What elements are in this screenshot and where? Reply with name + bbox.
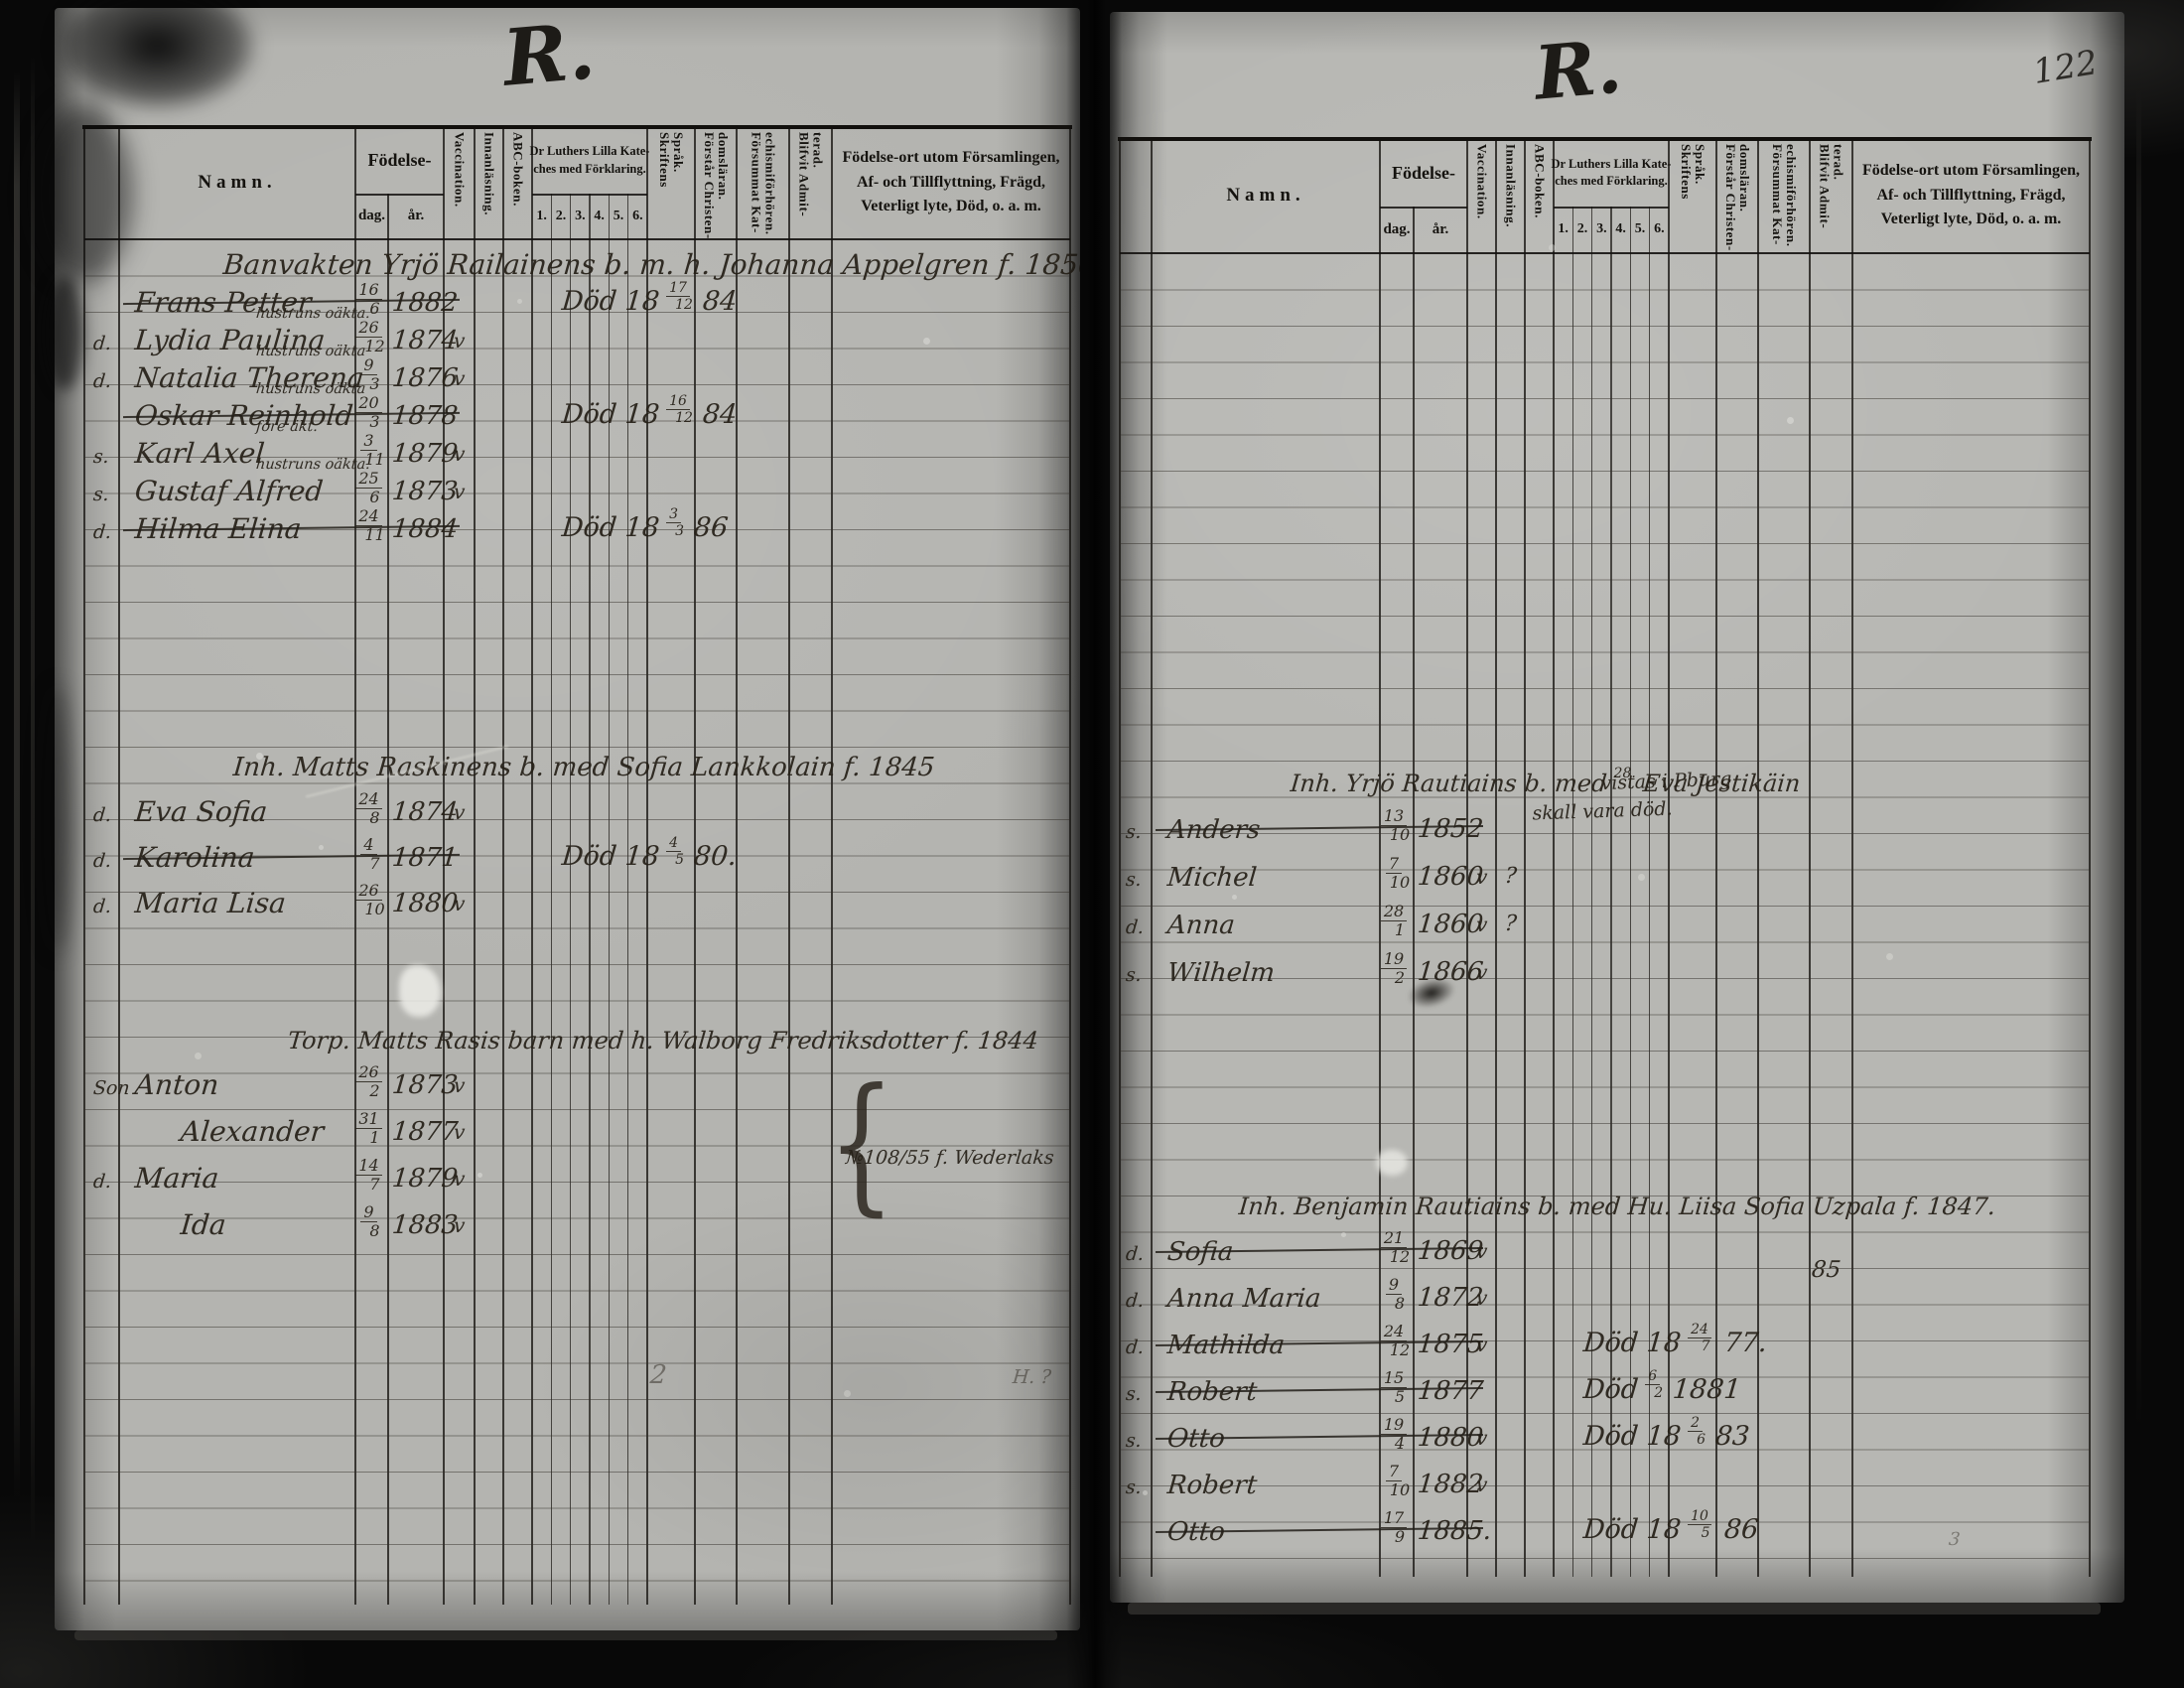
death-remark-frac-num: 24 xyxy=(1688,1323,1711,1338)
entry-prefix: d. xyxy=(93,850,111,872)
entry-name-text: Gustaf Alfred xyxy=(134,475,325,507)
entry-prefix: d. xyxy=(1126,916,1144,938)
entry-prefix-text: d. xyxy=(1125,1290,1145,1312)
death-remark-frac-den: 7 xyxy=(1702,1338,1710,1353)
blifvit-column-header-line: Blifvit Admit- xyxy=(1817,144,1831,228)
entry-row: Alexander3111877v xyxy=(55,1101,1080,1148)
death-remark-fraction: 33 xyxy=(669,507,684,538)
death-remark-fraction: 45 xyxy=(669,836,684,867)
family-header-text: Inh. Benjamin Rautiains b. med Hu. Liisa… xyxy=(1238,1193,1997,1220)
kateches-number: 2. xyxy=(1577,221,1588,237)
birth-day-month-fraction: 256 xyxy=(358,471,384,505)
entry-name: Robert xyxy=(1167,1471,1257,1500)
vaccination-mark-text: v xyxy=(453,800,466,824)
kateches-number-header: 5. xyxy=(609,194,627,238)
fodelseort-label-line: Af- och Tillflyttning, Frägd, xyxy=(857,171,1045,196)
entry-name-text: Anna xyxy=(1166,911,1236,940)
entry-name-text: Maria xyxy=(134,1162,220,1195)
birth-day-month-fraction: 98 xyxy=(363,1204,379,1239)
kateches-number: 5. xyxy=(614,209,624,224)
vaccination-mark: v xyxy=(444,480,475,503)
entry-name-text: Michel xyxy=(1166,863,1259,893)
entry-prefix-text: d. xyxy=(92,896,112,917)
page-edge-sliver xyxy=(31,55,35,1544)
death-remark-pre: Död 18 xyxy=(1582,1514,1683,1545)
namn-column-header: Namn. xyxy=(119,127,355,238)
death-remark-frac-num: 2 xyxy=(1688,1416,1703,1432)
entry-row: s.Robert7101882v xyxy=(1110,1454,2124,1500)
death-remark-fraction: 1612 xyxy=(669,394,693,425)
stray-mark-text: H. ? xyxy=(1012,1366,1052,1388)
birth-day: 9 xyxy=(1386,1277,1402,1295)
entry-row: s.Michel7101860v? xyxy=(1110,845,2124,893)
death-remark-frac-den: 2 xyxy=(1654,1385,1663,1400)
entry-prefix: d. xyxy=(93,370,111,392)
vaccination-mark-text: v xyxy=(1475,913,1488,936)
birth-year: 1871 xyxy=(392,843,458,873)
birth-day: 24 xyxy=(355,508,381,526)
birth-year: 1852 xyxy=(1418,814,1483,844)
kateches-label-line1: Dr Luthers Lilla Kate- xyxy=(530,143,650,161)
entry-row: d.Sofia21121869v85 xyxy=(1110,1220,2124,1267)
entry-prefix-text: d. xyxy=(1125,916,1145,938)
birth-year: 1878 xyxy=(392,401,458,431)
query-mark-text: ? xyxy=(1504,864,1518,889)
birth-month: 3 xyxy=(369,413,379,430)
entry-name-text: Anna Maria xyxy=(1166,1284,1322,1314)
vaccination-mark-text: v xyxy=(1475,1286,1488,1310)
birth-year-text: 1878 xyxy=(391,401,460,431)
birth-month: 11 xyxy=(364,526,384,543)
birth-day: 14 xyxy=(355,1158,381,1176)
kateches-number: 1. xyxy=(1558,221,1569,237)
death-remark-post: 1881 xyxy=(1672,1374,1742,1405)
entry-prefix: Son xyxy=(93,1077,130,1099)
entry-prefix: d. xyxy=(1126,1290,1144,1312)
entry-prefix: s. xyxy=(1126,1430,1142,1452)
death-remark-post: 84 xyxy=(702,399,739,430)
birth-month: 1 xyxy=(369,1129,379,1146)
kateches-number-header: 4. xyxy=(590,194,609,238)
entry-prefix-text: s. xyxy=(1125,821,1143,843)
death-remark-fraction: 62 xyxy=(1648,1369,1663,1400)
kateches-number-header: 2. xyxy=(1572,207,1591,252)
fodelseort-label-line: Veterligt lyte, Död, o. a. m. xyxy=(861,195,1041,219)
dag-label: dag. xyxy=(358,208,385,224)
vaccination-column-header: Vaccination. xyxy=(1467,144,1496,247)
birth-day: 13 xyxy=(1381,808,1407,826)
right-page: R. Namn.Födelse-dag.år.Vaccination.Innan… xyxy=(1110,12,2124,1603)
entry-prefix: d. xyxy=(93,521,111,543)
entry-prefix-text: s. xyxy=(92,484,110,505)
death-remark-frac-den: 5 xyxy=(1702,1525,1710,1540)
skriftens-column-header-line: Språk. xyxy=(671,132,685,173)
entry-row: SonAnton2621873v xyxy=(55,1055,1080,1101)
innanlasning-column-header-line: Innanläsning. xyxy=(1503,144,1517,227)
vaccination-mark: v xyxy=(444,1167,475,1191)
entry-prefix-text: d. xyxy=(92,1171,112,1193)
birth-date: 192 xyxy=(1380,951,1414,986)
birth-year-text: 1885. xyxy=(1417,1516,1493,1546)
section-letter-right: R. xyxy=(1531,24,1624,116)
entry-prefix-text: d. xyxy=(1125,1336,1145,1358)
birth-month: 2 xyxy=(1395,969,1405,986)
birth-day-month-fraction: 2610 xyxy=(358,883,384,917)
birth-day-month-fraction: 147 xyxy=(358,1158,384,1193)
birth-month: 8 xyxy=(1395,1295,1405,1312)
death-remark-frac-den: 3 xyxy=(675,523,684,538)
family-header-text: Torp. Matts Rasis barn med h. Walborg Fr… xyxy=(287,1027,1039,1055)
entry-prefix: s. xyxy=(1126,1477,1142,1498)
forstar-column-header-line: domsläran. xyxy=(1737,144,1751,211)
vaccination-column-header-line: Vaccination. xyxy=(452,132,466,208)
birth-month: 8 xyxy=(369,1222,379,1239)
birth-month: 7 xyxy=(369,1176,379,1193)
forsummat-column-header: Försummat Kat-echismiförhören. xyxy=(737,132,789,233)
entry-prefix-text: d. xyxy=(92,521,112,543)
birth-month: 10 xyxy=(1390,874,1410,891)
birth-month: 2 xyxy=(369,1082,379,1099)
entry-prefix-text: Son xyxy=(92,1077,131,1099)
vaccination-mark-text: v xyxy=(1475,1473,1488,1496)
death-remark-fraction: 247 xyxy=(1691,1323,1714,1353)
section-letter-left: R. xyxy=(499,8,599,104)
entry-prefix: d. xyxy=(1126,1336,1144,1358)
death-remark-post: 86 xyxy=(1723,1514,1760,1545)
vaccination-mark: v xyxy=(444,329,475,352)
ar-label: år. xyxy=(408,208,425,224)
entry-prefix: d. xyxy=(93,333,111,354)
vaccination-mark: v xyxy=(444,800,475,824)
birth-day: 17 xyxy=(1381,1510,1407,1528)
blifvit-column-header: Blifvit Admit-terad. xyxy=(789,132,832,233)
birth-day: 20 xyxy=(355,395,381,413)
kateches-number: 2. xyxy=(556,209,567,224)
forsummat-column-header: Försummat Kat-echismiförhören. xyxy=(1758,144,1810,247)
entry-row: Otto1791885.Död 1810586 xyxy=(1110,1500,2124,1547)
entry-prefix-text: s. xyxy=(1125,869,1143,891)
birth-day-month-fraction: 262 xyxy=(358,1064,384,1099)
entry-prefix-text: s. xyxy=(1125,964,1143,986)
forsummat-column-header-line: Försummat Kat- xyxy=(749,132,762,233)
page-edge-sliver xyxy=(14,71,20,1501)
entry-prefix-text: d. xyxy=(92,333,112,354)
death-remark-frac-den: 12 xyxy=(675,410,693,425)
entry-name-text: Alexander xyxy=(180,1115,326,1148)
entry-name: Karl Axel xyxy=(135,437,264,470)
margin-annotation-line: skall vara död. xyxy=(1532,793,1733,828)
entry-prefix-text: s. xyxy=(1125,1383,1143,1405)
blifvit-column-header: Blifvit Admit-terad. xyxy=(1810,144,1852,247)
dust-speckles xyxy=(0,0,3,3)
fodelseort-label-line: Födelse-ort utom Församlingen, xyxy=(842,146,1059,171)
entry-name: Wilhelm xyxy=(1167,958,1275,988)
entry-prefix: s. xyxy=(1126,869,1142,891)
entry-name: Ida xyxy=(181,1208,226,1241)
entry-row: d.Anna2811860v? xyxy=(1110,893,2124,940)
innanlasning-column-header: Innanläsning. xyxy=(475,132,503,233)
forstar-column-header-line: domsläran. xyxy=(716,132,730,200)
death-remark: Död 184580. xyxy=(562,836,737,872)
abc-boken-column-header: ABC-boken. xyxy=(1525,144,1554,247)
entry-name-text: Anton xyxy=(134,1068,220,1101)
kateches-number: 4. xyxy=(1615,221,1626,237)
vaccination-mark: v xyxy=(1467,913,1496,936)
death-remark: Död 1810586 xyxy=(1583,1509,1758,1545)
birth-year-text: 1852 xyxy=(1417,814,1485,844)
innanlasning-column-header: Innanläsning. xyxy=(1496,144,1525,247)
birth-day: 31 xyxy=(355,1111,381,1129)
entry-name: Anton xyxy=(135,1068,218,1101)
entry-name-text: Karl Axel xyxy=(134,437,266,470)
birth-day: 3 xyxy=(360,433,376,451)
vaccination-mark: v xyxy=(444,1073,475,1097)
birth-month: 6 xyxy=(369,300,379,317)
vaccination-column-header: Vaccination. xyxy=(444,132,475,233)
vaccination-mark-text: v xyxy=(1475,865,1488,889)
fodelse-label: Födelse- xyxy=(368,150,432,171)
vaccination-mark: v xyxy=(1467,1239,1496,1263)
birth-day-month-fraction: 93 xyxy=(363,357,379,392)
birth-date: 98 xyxy=(1380,1277,1414,1312)
vaccination-mark-text: v xyxy=(453,1213,466,1237)
vaccination-mark: v xyxy=(444,1120,475,1144)
entry-prefix-text: d. xyxy=(92,370,112,392)
death-remark-frac-den: 6 xyxy=(1697,1432,1706,1447)
margin-annotation: vistas i Pburgskall vara död. xyxy=(1531,766,1733,827)
family-header: Banvakten Yrjö Railainens b. m. h. Johan… xyxy=(223,243,1080,281)
kateches-number: 4. xyxy=(594,209,605,224)
birth-date: 710 xyxy=(1380,1464,1414,1498)
death-remark-fraction: 105 xyxy=(1691,1509,1714,1540)
forstar-column-header-line: Förstår Christen- xyxy=(1723,144,1737,251)
death-remark-pre: Död 18 xyxy=(561,399,661,430)
fodelseort-column-header: Födelse-ort utom Församlingen,Af- och Ti… xyxy=(832,127,1070,238)
death-remark: Död 1824777. xyxy=(1583,1323,1767,1358)
birth-year: 1882 xyxy=(392,288,458,318)
left-page: R. Namn.Födelse-dag.år.Vaccination.Innan… xyxy=(55,8,1080,1630)
forstar-column-header-line: Förstår Christen- xyxy=(702,132,716,239)
entry-name: Alexander xyxy=(181,1115,324,1148)
birth-day: 7 xyxy=(1386,1464,1402,1481)
birth-year: 1877 xyxy=(1418,1376,1483,1406)
birth-year-text: 1884 xyxy=(391,514,460,544)
family-header-text: Banvakten Yrjö Railainens b. m. h. Johan… xyxy=(222,248,1080,281)
birth-day: 21 xyxy=(1381,1230,1407,1248)
entry-row: Oskar Reinhold2031878Död 18161284före äk… xyxy=(55,394,1080,432)
birth-day: 9 xyxy=(360,357,376,375)
family-header: Inh. Matts Raskinens b. med Sofia Lankko… xyxy=(233,737,934,782)
kateches-number-header: 6. xyxy=(628,194,647,238)
death-remark-post: 77. xyxy=(1723,1328,1769,1358)
forsummat-column-header-line: echismiförhören. xyxy=(763,132,777,235)
entry-name: Eva Sofia xyxy=(135,795,267,828)
kateches-number: 6. xyxy=(632,209,643,224)
birth-month: 8 xyxy=(369,809,379,826)
namn-label: Namn. xyxy=(1226,185,1304,207)
birth-date: 262 xyxy=(355,1064,388,1099)
kateches-label-line2: ches med Förklaring. xyxy=(1555,173,1668,191)
kateches-number-header: 1. xyxy=(532,194,551,238)
death-remark: Död 182683 xyxy=(1583,1416,1749,1452)
entry-prefix-text: d. xyxy=(92,850,112,872)
birth-day-month-fraction: 98 xyxy=(1389,1277,1405,1312)
vaccination-mark-text: v xyxy=(453,1120,466,1144)
birth-day: 19 xyxy=(1381,1417,1407,1435)
family-header-text: Inh. Matts Raskinens b. med Sofia Lankko… xyxy=(232,753,936,782)
death-remark: Död 183386 xyxy=(562,507,728,543)
death-remark: Död 18171284 xyxy=(562,281,737,317)
kateches-label-line2: ches med Förklaring. xyxy=(533,161,646,179)
vaccination-mark: v xyxy=(1467,1333,1496,1356)
vaccination-mark-text: v xyxy=(453,329,466,352)
kateches-number-header: 5. xyxy=(1630,207,1649,252)
death-remark: Död 18161284 xyxy=(562,394,737,430)
death-remark-frac-den: 12 xyxy=(675,297,693,312)
stray-mark: 3 xyxy=(1949,1529,1960,1550)
entry-row: d.Mathilda24121875vDöd 1824777. xyxy=(1110,1314,2124,1360)
kateches-number-header: 2. xyxy=(551,194,570,238)
under-page-edge xyxy=(74,1630,1057,1640)
stray-mark: 2 xyxy=(650,1360,667,1390)
vaccination-mark-text: v xyxy=(453,480,466,503)
birth-day: 28 xyxy=(1381,904,1407,921)
entry-prefix: d. xyxy=(93,804,111,826)
birth-year: 1885. xyxy=(1418,1516,1491,1546)
vaccination-mark: v xyxy=(1467,1426,1496,1450)
death-remark-frac-num: 6 xyxy=(1645,1369,1660,1385)
entry-name-text: Maria Lisa xyxy=(134,887,288,919)
entry-prefix-text: s. xyxy=(1125,1430,1143,1452)
entry-row: s.Otto1941880vDöd 182683 xyxy=(1110,1407,2124,1454)
entry-prefix: s. xyxy=(1126,821,1142,843)
death-remark-pre: Död xyxy=(1582,1374,1640,1405)
birth-date: 281 xyxy=(1380,904,1414,938)
kateches-number: 5. xyxy=(1635,221,1646,237)
birth-month: 12 xyxy=(1390,1341,1410,1358)
entry-name: Gustaf Alfred xyxy=(135,475,323,507)
death-remark-post: 83 xyxy=(1714,1421,1751,1452)
kateches-label-line1: Dr Luthers Lilla Kate- xyxy=(1552,156,1672,174)
book-scan: R. Namn.Födelse-dag.år.Vaccination.Innan… xyxy=(0,0,2184,1688)
fodelseort-label-line: Födelse-ort utom Församlingen, xyxy=(1862,159,2080,184)
birth-day: 4 xyxy=(360,837,376,855)
entry-prefix: d. xyxy=(1126,1243,1144,1265)
birth-month: 5 xyxy=(1395,1388,1405,1405)
kateches-column-header: Dr Luthers Lilla Kate-ches med Förklarin… xyxy=(532,127,647,194)
death-remark-frac-num: 10 xyxy=(1688,1509,1711,1525)
entry-prefix: d. xyxy=(93,1171,111,1193)
fodelse-column-header: Födelse- xyxy=(1380,139,1467,207)
death-remark-pre: Död 18 xyxy=(1582,1421,1683,1452)
fodelseort-label-line: Af- och Tillflyttning, Frägd, xyxy=(1876,184,2065,209)
birth-month: 3 xyxy=(369,375,379,392)
death-remark-frac-den: 5 xyxy=(675,852,684,867)
birth-year-text: 1871 xyxy=(391,843,460,873)
birth-month: 9 xyxy=(1395,1528,1405,1545)
entry-row: d.Anna Maria981872v xyxy=(1110,1267,2124,1314)
skriftens-column-header: SkriftensSpråk. xyxy=(647,132,695,233)
entry-row: Frans Petter1661882Död 18171284hustruns … xyxy=(55,281,1080,319)
death-remark-post: 80. xyxy=(693,841,739,872)
entry-row: s.Karl Axel3111879vhustruns oäkta. xyxy=(55,432,1080,470)
forsummat-column-header-line: echismiförhören. xyxy=(1784,144,1798,247)
entry-name: Maria Lisa xyxy=(135,887,286,919)
stray-mark: H. ? xyxy=(1013,1366,1051,1388)
dag-column-header: dag. xyxy=(355,194,388,238)
vaccination-mark-text: v xyxy=(453,892,466,915)
entry-name: Anna xyxy=(1167,911,1235,940)
entry-prefix: s. xyxy=(93,446,109,468)
entry-row: d.Eva Sofia2481874v xyxy=(55,782,1080,828)
birth-date: 710 xyxy=(1380,856,1414,891)
birth-date: 248 xyxy=(355,791,388,826)
forsummat-column-header-line: Försummat Kat- xyxy=(1770,144,1784,245)
entry-prefix-text: s. xyxy=(92,446,110,468)
birth-date: 98 xyxy=(355,1204,388,1239)
page-edge-sliver xyxy=(2136,89,2141,1430)
ar-column-header: år. xyxy=(388,194,444,238)
entry-name: Michel xyxy=(1167,863,1257,893)
entry-prefix: s. xyxy=(1126,964,1142,986)
skriftens-column-header-line: Skriftens xyxy=(1679,144,1693,200)
kateches-number-header: 3. xyxy=(571,194,590,238)
vaccination-mark: v xyxy=(1467,1473,1496,1496)
birth-month: 7 xyxy=(369,855,379,872)
birth-day: 7 xyxy=(1386,856,1402,874)
birth-day-month-fraction: 281 xyxy=(1384,904,1410,938)
left-page-table: Namn.Födelse-dag.år.Vaccination.Innanläs… xyxy=(55,8,1080,1630)
margin-annotation-line: vistas i Pburg xyxy=(1600,766,1732,797)
blifvit-column-header-line: terad. xyxy=(811,132,825,168)
vaccination-mark: v xyxy=(1467,960,1496,984)
vaccination-mark: v xyxy=(444,366,475,390)
right-page-table: Namn.Födelse-dag.år.Vaccination.Innanläs… xyxy=(1110,12,2124,1603)
death-remark-post: 86 xyxy=(693,512,730,543)
birth-day: 26 xyxy=(355,1064,381,1082)
namn-label: Namn. xyxy=(198,172,276,194)
kateches-number: 6. xyxy=(1654,221,1665,237)
dag-column-header: dag. xyxy=(1380,207,1414,252)
death-remark-fraction: 1712 xyxy=(669,281,693,312)
entry-row: d.Lydia Paulina26121874vhustruns oäkta xyxy=(55,319,1080,356)
stray-mark-text: 2 xyxy=(649,1360,668,1390)
kateches-column-header: Dr Luthers Lilla Kate-ches med Förklarin… xyxy=(1554,139,1669,207)
birth-date: 2610 xyxy=(355,883,388,917)
entry-name: Maria xyxy=(135,1162,218,1195)
death-remark-pre: Död 18 xyxy=(561,286,661,317)
entry-prefix-text: d. xyxy=(92,804,112,826)
kateches-number-header: 4. xyxy=(1611,207,1630,252)
entry-prefix: d. xyxy=(93,896,111,917)
birth-day: 24 xyxy=(355,791,381,809)
forstar-column-header: Förstår Christen-domsläran. xyxy=(1716,144,1758,247)
birth-date: 311 xyxy=(355,1111,388,1146)
abc-boken-column-header: ABC-boken. xyxy=(503,132,532,233)
birth-year: 1884 xyxy=(392,514,458,544)
kateches-number-header: 3. xyxy=(1592,207,1611,252)
death-remark-fraction: 26 xyxy=(1691,1416,1706,1447)
entry-row: d.Maria Lisa26101880v xyxy=(55,874,1080,919)
entry-name-text: Ida xyxy=(180,1208,228,1241)
birth-month: 10 xyxy=(364,901,384,917)
entry-row: s.Wilhelm1921866v xyxy=(1110,940,2124,988)
skriftens-column-header: SkriftensSpråk. xyxy=(1669,144,1716,247)
vaccination-mark: v xyxy=(444,442,475,466)
abc-boken-column-header-line: ABC-boken. xyxy=(510,132,524,207)
birth-date: 147 xyxy=(355,1158,388,1193)
birth-day-month-fraction: 311 xyxy=(358,1111,384,1146)
